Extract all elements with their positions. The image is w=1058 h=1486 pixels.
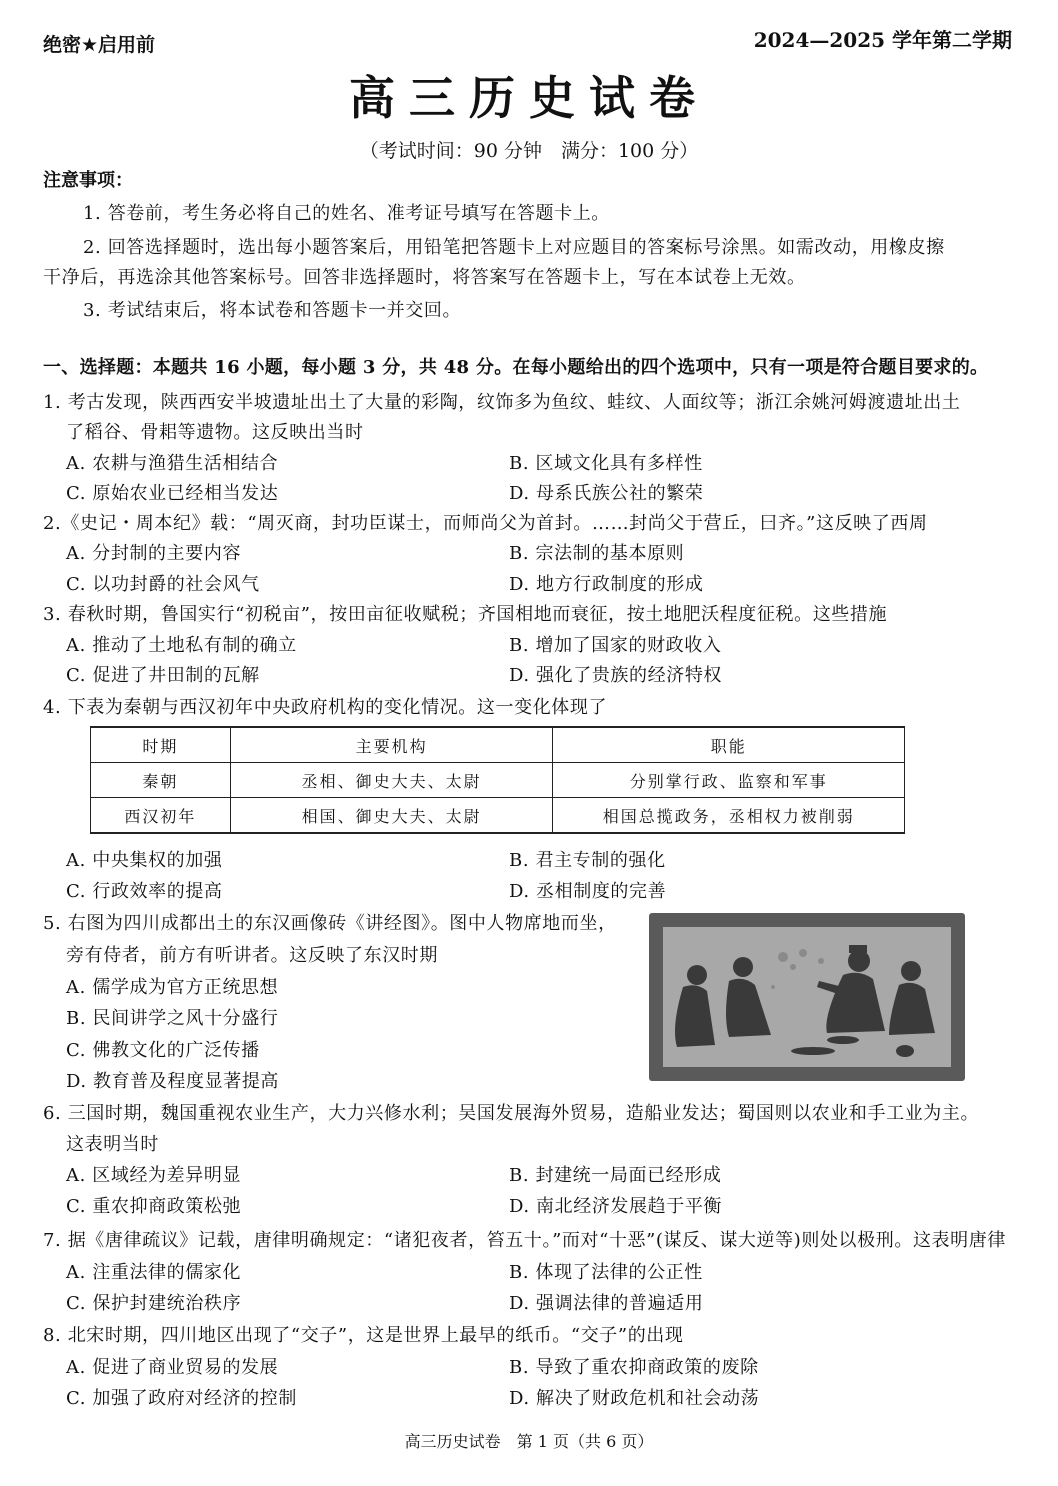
option-a: A. 分封制的主要内容 [66, 539, 241, 565]
academic-term: 2024—2025 学年第二学期 [754, 24, 1012, 53]
option-c: C. 保护封建统治秩序 [66, 1289, 241, 1315]
section-heading: 一、选择题：本题共 16 小题，每小题 3 分，共 48 分。在每小题给出的四个… [43, 353, 988, 379]
option-c: C. 原始农业已经相当发达 [66, 479, 278, 505]
question-stem: 6. 三国时期，魏国重视农业生产，大力兴修水利；吴国发展海外贸易，造船业发达；蜀… [43, 1099, 979, 1125]
option-b: B. 君主专制的强化 [509, 846, 666, 872]
question-stem: 1. 考古发现，陕西西安半坡遗址出土了大量的彩陶，纹饰多为鱼纹、蛙纹、人面纹等；… [43, 388, 961, 414]
option-c: C. 以功封爵的社会风气 [66, 570, 260, 596]
option-d: D. 强调法律的普遍适用 [509, 1289, 703, 1315]
option-a: A. 儒学成为官方正统思想 [66, 973, 278, 999]
option-b: B. 民间讲学之风十分盛行 [66, 1004, 278, 1030]
option-d: D. 母系氏族公社的繁荣 [509, 479, 703, 505]
table-cell: 相国、御史大夫、太尉 [230, 798, 553, 834]
option-a: A. 促进了商业贸易的发展 [66, 1353, 278, 1379]
table-cell: 丞相、御史大夫、太尉 [230, 763, 553, 798]
table-row: 西汉初年 相国、御史大夫、太尉 相国总揽政务，丞相权力被削弱 [91, 798, 905, 834]
question-stem: 5. 右图为四川成都出土的东汉画像砖《讲经图》。图中人物席地而坐， [43, 909, 617, 935]
option-a: A. 农耕与渔猎生活相结合 [66, 449, 278, 475]
option-a: A. 区域经为差异明显 [66, 1161, 241, 1187]
table-cell: 相国总揽政务，丞相权力被削弱 [553, 798, 905, 834]
option-d: D. 地方行政制度的形成 [509, 570, 703, 596]
option-d: D. 教育普及程度显著提高 [66, 1067, 279, 1093]
notice-heading: 注意事项： [43, 166, 133, 192]
brick-relief-panel [663, 927, 951, 1067]
question-stem: 7. 据《唐律疏议》记载，唐律明确规定：“诸犯夜者，笞五十。”而对“十恶”(谋反… [43, 1226, 1006, 1252]
table-header: 时期 [91, 727, 231, 763]
option-c: C. 行政效率的提高 [66, 877, 223, 903]
option-b: B. 增加了国家的财政收入 [509, 631, 721, 657]
option-b: B. 封建统一局面已经形成 [509, 1161, 721, 1187]
table-header: 职能 [553, 727, 905, 763]
page-footer: 高三历史试卷 第 1 页（共 6 页） [0, 1429, 1058, 1452]
option-b: B. 区域文化具有多样性 [509, 449, 703, 475]
notice-item: 干净后，再选涂其他答案标号。回答非选择题时，将答案写在答题卡上，写在本试卷上无效… [43, 263, 806, 289]
option-b: B. 体现了法律的公正性 [509, 1258, 703, 1284]
table-row: 秦朝 丞相、御史大夫、太尉 分别掌行政、监察和军事 [91, 763, 905, 798]
option-d: D. 强化了贵族的经济特权 [509, 661, 722, 687]
table-cell: 秦朝 [91, 763, 231, 798]
option-b: B. 宗法制的基本原则 [509, 539, 684, 565]
question-stem: 3. 春秋时期，鲁国实行“初税亩”，按田亩征收赋税；齐国相地而衰征，按土地肥沃程… [43, 600, 887, 626]
lecture-brick-image [649, 913, 965, 1081]
seated-figures-illustration [663, 927, 951, 1067]
question-stem: 这表明当时 [66, 1130, 159, 1156]
page-title: 高三历史试卷 [0, 62, 1058, 128]
option-c: C. 促进了井田制的瓦解 [66, 661, 260, 687]
option-d: D. 南北经济发展趋于平衡 [509, 1192, 722, 1218]
option-a: A. 推动了土地私有制的确立 [66, 631, 297, 657]
option-c: C. 加强了政府对经济的控制 [66, 1384, 297, 1410]
notice-item: 2. 回答选择题时，选出每小题答案后，用铅笔把答题卡上对应题目的答案标号涂黑。如… [83, 233, 945, 259]
question-stem: 2.《史记・周本纪》载：“周灭商，封功臣谋士，而师尚父为首封。……封尚父于营丘，… [43, 509, 928, 535]
confidential-label: 绝密★启用前 [43, 30, 155, 57]
option-d: D. 丞相制度的完善 [509, 877, 666, 903]
option-c: C. 重农抑商政策松弛 [66, 1192, 241, 1218]
notice-item: 1. 答卷前，考生务必将自己的姓名、准考证号填写在答题卡上。 [83, 199, 610, 225]
notice-item: 3. 考试结束后，将本试卷和答题卡一并交回。 [83, 296, 461, 322]
option-a: A. 中央集权的加强 [66, 846, 222, 872]
table-cell: 分别掌行政、监察和军事 [553, 763, 905, 798]
option-d: D. 解决了财政危机和社会动荡 [509, 1384, 759, 1410]
table-header: 主要机构 [230, 727, 553, 763]
table-cell: 西汉初年 [91, 798, 231, 834]
question-stem: 了稻谷、骨耜等遗物。这反映出当时 [66, 418, 364, 444]
exam-info: （考试时间：90 分钟 满分：100 分） [0, 136, 1058, 163]
question-stem: 4. 下表为秦朝与西汉初年中央政府机构的变化情况。这一变化体现了 [43, 693, 607, 719]
government-table: 时期 主要机构 职能 秦朝 丞相、御史大夫、太尉 分别掌行政、监察和军事 西汉初… [90, 726, 905, 834]
option-a: A. 注重法律的儒家化 [66, 1258, 241, 1284]
option-b: B. 导致了重农抑商政策的废除 [509, 1353, 759, 1379]
option-c: C. 佛教文化的广泛传播 [66, 1036, 260, 1062]
question-stem: 旁有侍者，前方有听讲者。这反映了东汉时期 [66, 941, 438, 967]
table-header-row: 时期 主要机构 职能 [91, 727, 905, 763]
question-stem: 8. 北宋时期，四川地区出现了“交子”，这是世界上最早的纸币。“交子”的出现 [43, 1321, 684, 1347]
